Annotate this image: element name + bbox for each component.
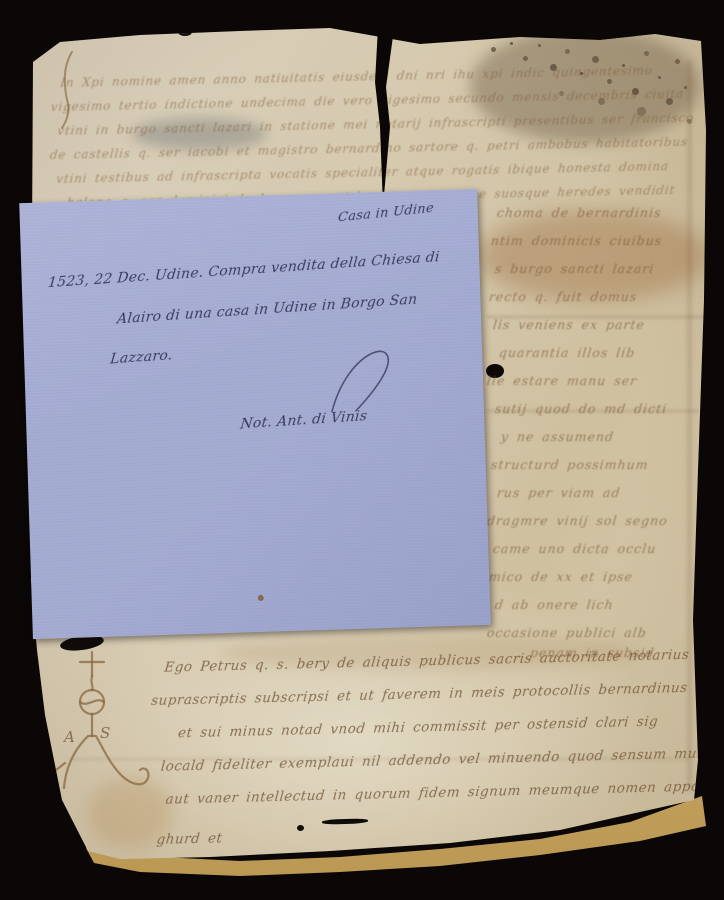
latin-text-bottom: Ego Petrus q. s. bery de aliquis publicu… [148,636,718,850]
note-corner-annotation: Casa in Udine [337,201,434,226]
latin-line: suprascriptis subscripsi et ut faverem i… [150,678,724,709]
latin-line: vigesimo tertio indictione undecima die … [50,87,685,114]
mold-speckles [0,0,3,3]
latin-line: d ab onere lich [494,597,615,612]
latin-line: In Xpi nomine amen anno natiuitatis eius… [60,63,654,89]
latin-line: ntim dominicis ciuibus [490,233,663,248]
latin-line: sutij quod do md dicti [494,401,668,416]
latin-line: locald fideliter exemplaui nil addendo v… [160,745,718,775]
latin-line: vtini testibus ad infrascripta vocatis s… [56,159,670,186]
note-line-2: Alairo di una casa in Udine in Borgo San [116,292,418,328]
latin-line: ghurd et [156,830,223,848]
signature-flourish [324,343,416,416]
archivist-note: Casa in Udine 1523, 22 Dec. Udine. Compr… [19,189,490,639]
latin-line: lis veniens ex parte [492,317,646,332]
latin-line: rus per viam ad [496,485,621,500]
note-stain-dot [258,595,264,601]
note-line-1: 1523, 22 Dec. Udine. Compra vendita dell… [47,249,440,291]
latin-line: Ego Petrus q. s. bery de aliquis publicu… [164,647,690,676]
note-line-3: Lazzaro. [110,347,174,367]
note-signature: Not. Ant. di Vinis [239,408,368,433]
latin-line: lle estare manu ser [486,373,638,388]
latin-line: recto q. fuit domus [488,289,638,304]
notary-letter-s: S [100,724,110,742]
latin-line: choma de bernardinis [496,205,662,220]
latin-line: structurd possimhum [490,457,649,472]
latin-line: et sui minus notad vnod mihi commissit p… [177,714,659,742]
latin-line: came uno dicta occlu [492,541,657,556]
latin-line: mico de xx et ipse [488,569,634,584]
notary-letter-a: A [64,728,75,746]
latin-line: y ne assumend [500,429,615,444]
latin-text-right: choma de bernardinis ntim dominicis ciui… [487,200,709,660]
edge-notch [178,28,192,36]
latin-line: vtini in burgo sancti lazari in statione… [57,110,695,137]
latin-line: aut vaner intellectud in quorum fidem si… [165,778,722,808]
latin-line: dragmre vinij sol segno [486,513,669,528]
photo-stage: In Xpi nomine amen anno natiuitatis eius… [0,0,724,900]
latin-line: s burgo sancti lazari [494,261,655,276]
latin-line: de castellis q. ser iacobi et magistro b… [49,135,689,162]
latin-line: quarantia illos lib [498,345,636,360]
